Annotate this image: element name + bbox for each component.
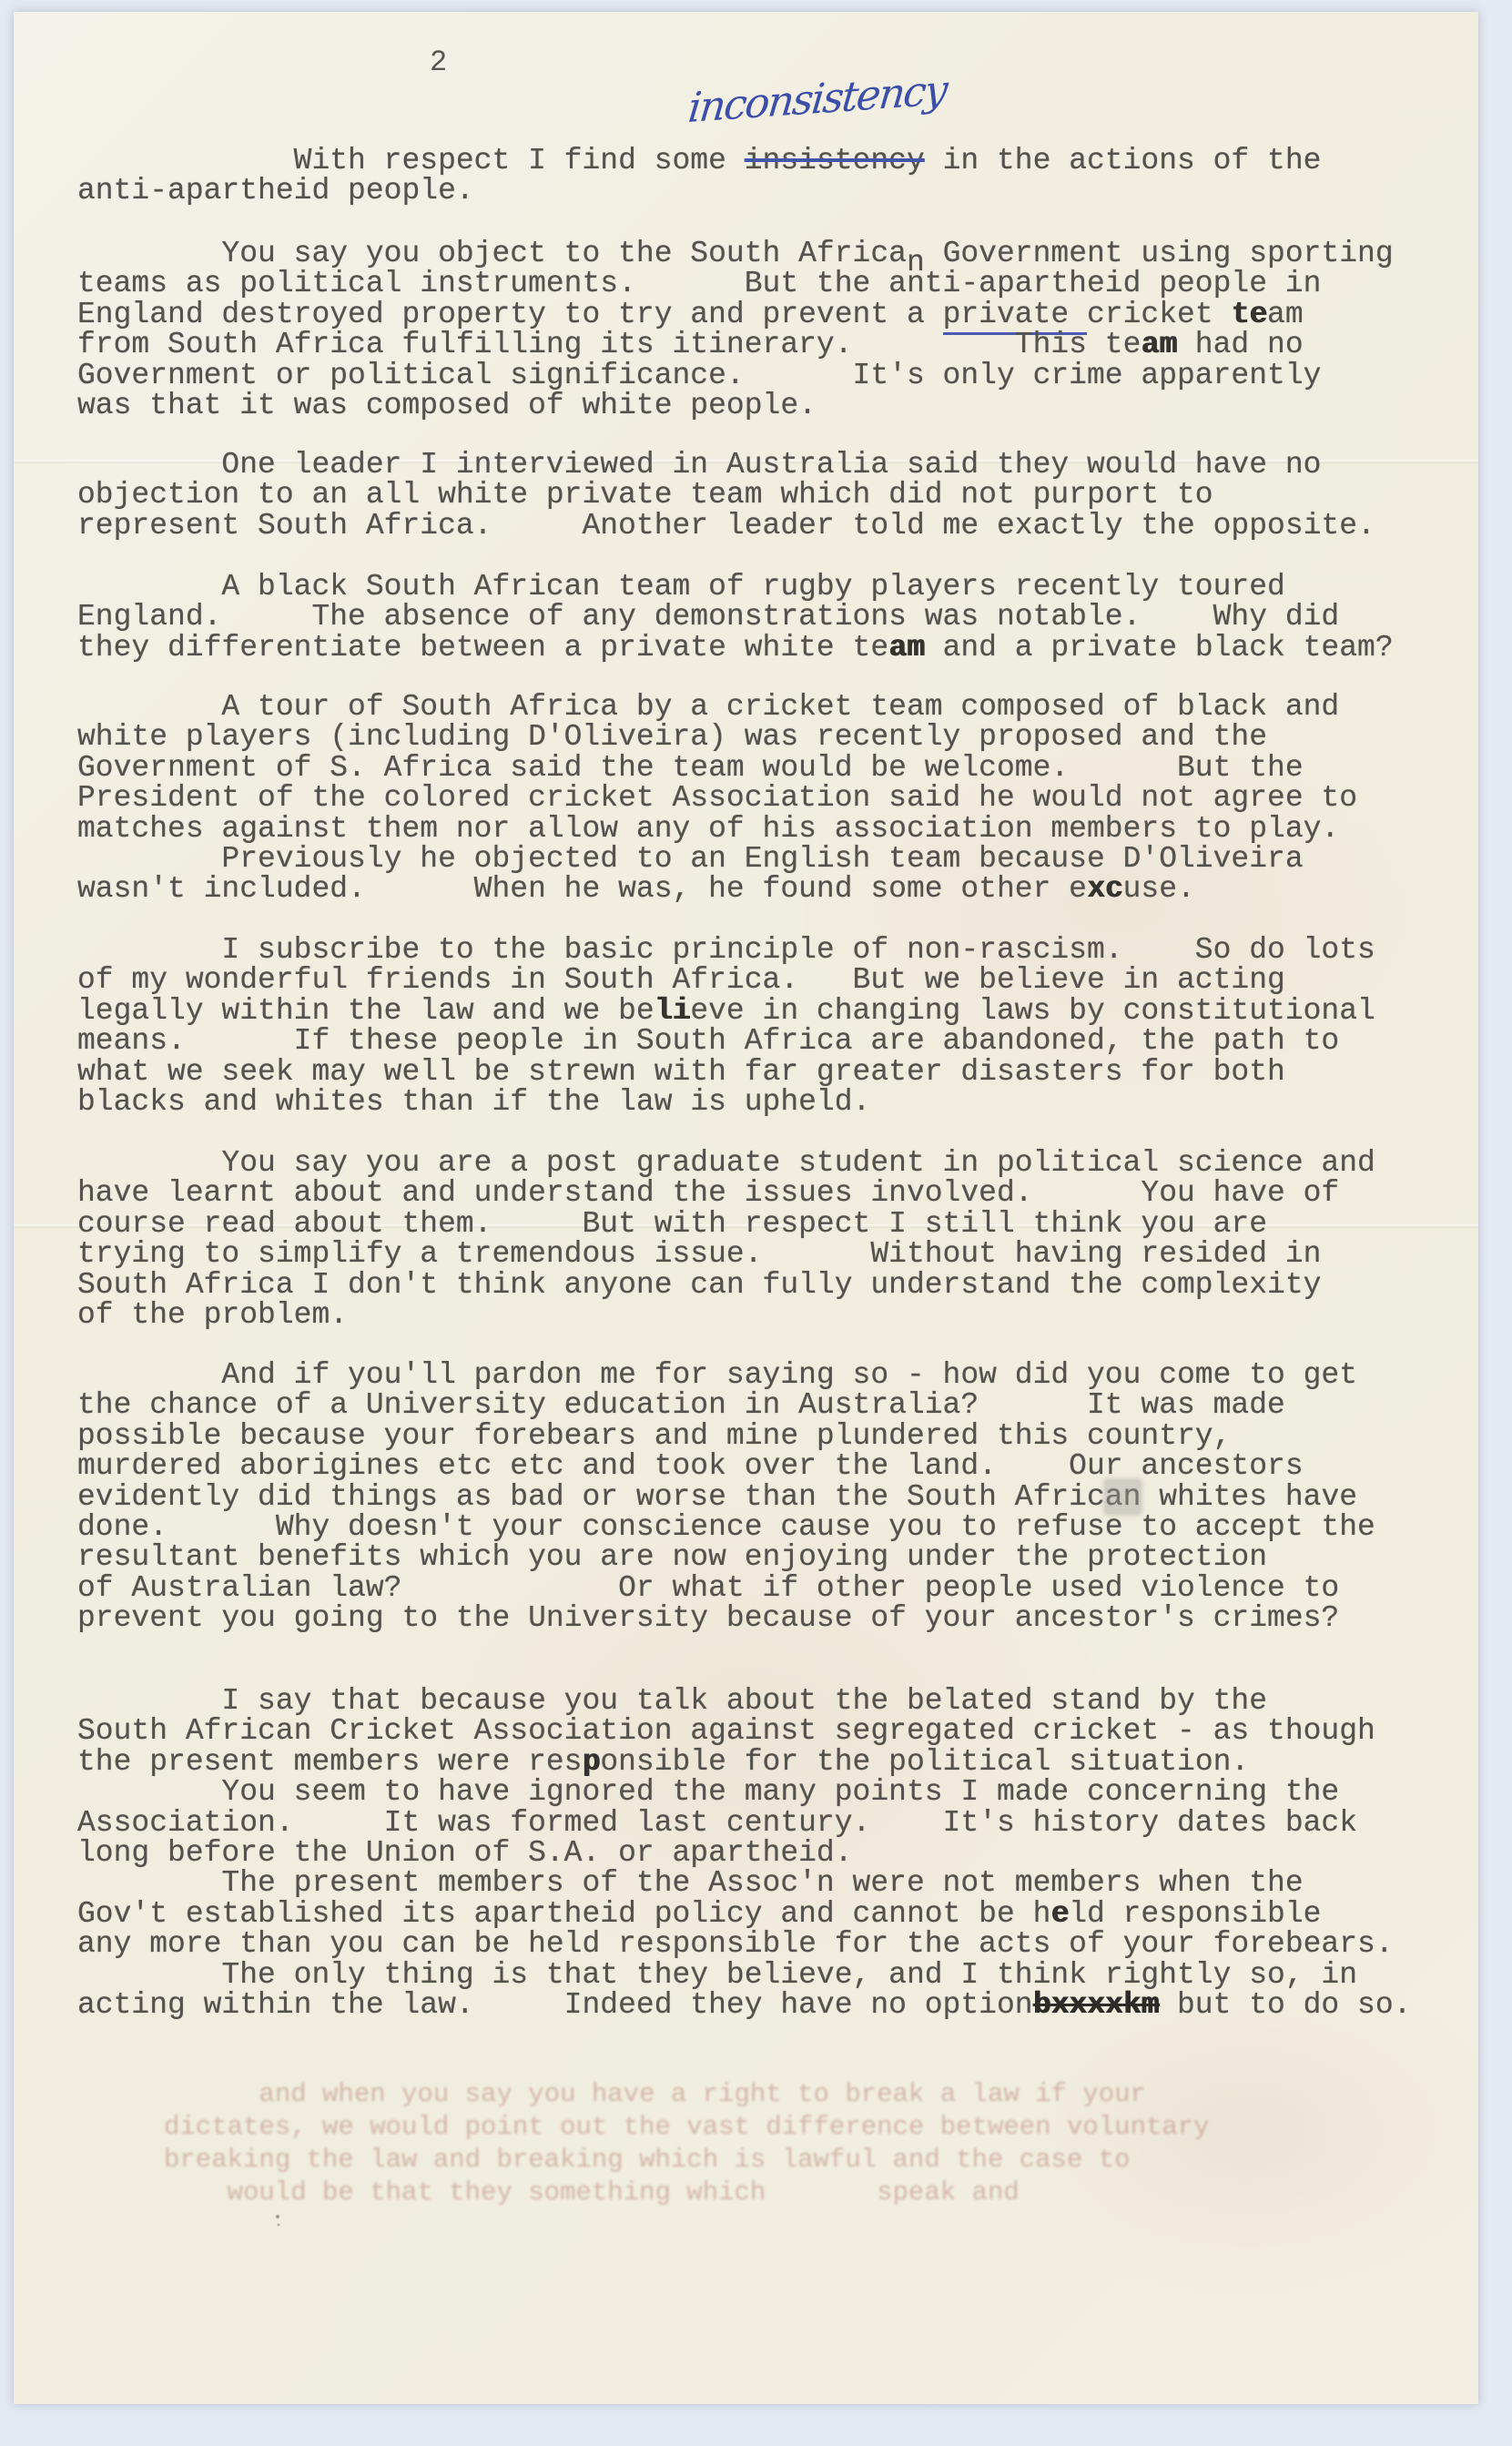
- text-line: Gov't established its apartheid policy a…: [77, 1899, 1411, 1929]
- text-line: any more than you can be held responsibl…: [77, 1929, 1411, 1959]
- text-line: England destroyed property to try and pr…: [77, 299, 1394, 330]
- text-line: represent South Africa. Another leader t…: [77, 511, 1375, 541]
- text-line: Government or political significance. It…: [77, 360, 1394, 391]
- text-line: Previously he objected to an English tea…: [77, 844, 1357, 874]
- text-line: President of the colored cricket Associa…: [77, 783, 1357, 813]
- ghost-text-line: breaking the law and breaking which is l…: [164, 2144, 1210, 2177]
- text-line: You say you object to the South African …: [77, 239, 1394, 269]
- text-line: acting within the law. Indeed they have …: [77, 1990, 1411, 2020]
- text-line: South African Cricket Association agains…: [77, 1716, 1411, 1746]
- text-line: course read about them. But with respect…: [77, 1209, 1375, 1239]
- paragraph: A black South African team of rugby play…: [77, 572, 1394, 663]
- text-line: A tour of South Africa by a cricket team…: [77, 692, 1357, 722]
- paragraph: You say you are a post graduate student …: [77, 1148, 1375, 1330]
- text-line: legally within the law and we believe in…: [77, 996, 1375, 1026]
- text-line: teams as political instruments. But the …: [77, 269, 1394, 299]
- text-line: Association. It was formed last century.…: [77, 1808, 1411, 1838]
- paragraph: I say that because you talk about the be…: [77, 1686, 1411, 2020]
- text-line: murdered aborigines etc etc and took ove…: [77, 1451, 1375, 1481]
- text-line: matches against them nor allow any of hi…: [77, 814, 1357, 844]
- text-line: The present members of the Assoc'n were …: [77, 1868, 1411, 1898]
- paragraph: I subscribe to the basic principle of no…: [77, 935, 1375, 1117]
- text-line: from South Africa fulfilling its itinera…: [77, 330, 1394, 360]
- text-line: South Africa I don't think anyone can fu…: [77, 1270, 1375, 1300]
- text-line: have learnt about and understand the iss…: [77, 1178, 1375, 1208]
- ghost-text-line: would be that they something which speak…: [164, 2177, 1210, 2209]
- ghost-text-line: and when you say you have a right to bre…: [164, 2078, 1210, 2111]
- paragraph: A tour of South Africa by a cricket team…: [77, 692, 1357, 905]
- text-line: the chance of a University education in …: [77, 1390, 1375, 1420]
- text-line: A black South African team of rugby play…: [77, 572, 1394, 602]
- text-line: You say you are a post graduate student …: [77, 1148, 1375, 1178]
- ink-speck: [273, 2212, 282, 2228]
- text-line: of the problem.: [77, 1300, 1375, 1330]
- paragraph: You say you object to the South African …: [77, 239, 1394, 421]
- paragraph: One leader I interviewed in Australia sa…: [77, 450, 1375, 541]
- paragraph: And if you'll pardon me for saying so - …: [77, 1360, 1375, 1634]
- text-line: long before the Union of S.A. or aparthe…: [77, 1838, 1411, 1868]
- text-line: of Australian law? Or what if other peop…: [77, 1573, 1375, 1603]
- text-line: The only thing is that they believe, and…: [77, 1960, 1411, 1990]
- text-line: England. The absence of any demonstratio…: [77, 602, 1394, 632]
- ghost-bleed-through-text: and when you say you have a right to bre…: [164, 2078, 1210, 2209]
- text-line: of my wonderful friends in South Africa.…: [77, 965, 1375, 995]
- text-line: they differentiate between a private whi…: [77, 633, 1394, 663]
- text-line: objection to an all white private team w…: [77, 480, 1375, 510]
- text-line: done. Why doesn't your conscience cause …: [77, 1512, 1375, 1542]
- text-line: trying to simplify a tremendous issue. W…: [77, 1239, 1375, 1269]
- text-line: One leader I interviewed in Australia sa…: [77, 450, 1375, 480]
- ghost-text-line: dictates, we would point out the vast di…: [164, 2111, 1210, 2144]
- text-line: prevent you going to the University beca…: [77, 1603, 1375, 1633]
- text-line: means. If these people in South Africa a…: [77, 1026, 1375, 1056]
- text-line: white players (including D'Oliveira) was…: [77, 722, 1357, 752]
- text-line: I subscribe to the basic principle of no…: [77, 935, 1375, 965]
- text-line: blacks and whites than if the law is uph…: [77, 1087, 1375, 1117]
- text-line: With respect I find some insistency in t…: [77, 146, 1321, 176]
- text-line: evidently did things as bad or worse tha…: [77, 1482, 1375, 1512]
- text-line: Government of S. Africa said the team wo…: [77, 753, 1357, 783]
- text-line: I say that because you talk about the be…: [77, 1686, 1411, 1716]
- text-line: resultant benefits which you are now enj…: [77, 1542, 1375, 1572]
- paragraph: With respect I find some insistency in t…: [77, 146, 1321, 207]
- scanned-letter-page: { "letter": { "page_number": "2", "handw…: [0, 0, 1512, 2446]
- letter-body: With respect I find some insistency in t…: [0, 0, 1512, 2446]
- text-line: You seem to have ignored the many points…: [77, 1777, 1411, 1807]
- text-line: And if you'll pardon me for saying so - …: [77, 1360, 1375, 1390]
- text-line: anti-apartheid people.: [77, 176, 1321, 206]
- text-line: possible because your forebears and mine…: [77, 1421, 1375, 1451]
- text-line: was that it was composed of white people…: [77, 391, 1394, 421]
- text-line: the present members were responsible for…: [77, 1747, 1411, 1777]
- text-line: wasn't included. When he was, he found s…: [77, 874, 1357, 904]
- text-line: what we seek may well be strewn with far…: [77, 1057, 1375, 1087]
